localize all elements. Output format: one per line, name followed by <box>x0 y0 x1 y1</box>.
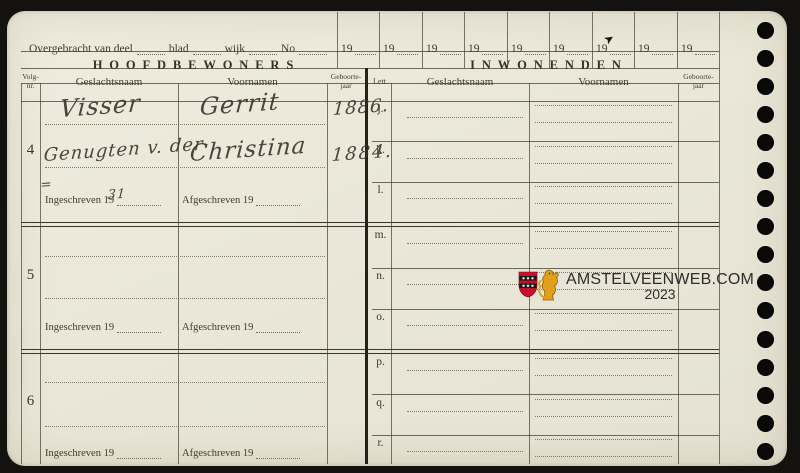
col-geboortejaar-right: Geboorte-jaar <box>678 73 719 90</box>
col-geslachtsnaam-right: Geslachtsnaam <box>391 76 529 88</box>
register-card: Overgebracht van deel blad wijk No 19 19… <box>7 11 787 466</box>
handwritten-surname-1: Visser <box>59 89 142 123</box>
year-cell: 19 <box>341 41 376 55</box>
ingeschreven-row-4: Ingeschreven 19 <box>45 194 169 206</box>
year-cell: 19 <box>681 41 715 55</box>
transfer-dots-wijk <box>249 44 277 55</box>
col-geboortejaar-left: Geboorte-jaar <box>327 73 365 90</box>
binder-hole <box>757 415 774 432</box>
binder-hole <box>757 134 774 151</box>
col-geslachtsnaam-left: Geslachtsnaam <box>40 76 178 88</box>
binder-hole <box>757 331 774 348</box>
col-voornamen-right: Voornamen <box>529 76 678 88</box>
ingeschreven-row-6: Ingeschreven 19 <box>45 447 169 459</box>
section-title-hoofdbewoners: HOOFDBEWONERS <box>21 58 365 73</box>
row-number-6: 6 <box>21 393 40 410</box>
watermark-site: AMSTELVEENWEB.COM <box>566 272 754 287</box>
letter-row-l: l. <box>370 184 391 196</box>
afgeschreven-row-6: Afgeschreven 19 <box>182 447 308 459</box>
transfer-line: Overgebracht van deel blad wijk No <box>29 41 331 55</box>
col-volgnr: Volg-nr. <box>21 73 40 90</box>
transfer-dots-no <box>299 44 327 55</box>
transfer-label-wijk: wijk <box>225 43 245 55</box>
transfer-label-deel: Overgebracht van deel <box>29 43 133 55</box>
binder-hole <box>757 78 774 95</box>
watermark: AMSTELVEENWEB.COM 2023 <box>518 267 754 306</box>
year-cell: 19 <box>383 41 418 55</box>
binder-hole <box>757 50 774 67</box>
section-title-inwonenden: INWONENDEN <box>372 58 719 73</box>
year-cell: 19 <box>638 41 673 55</box>
letter-row-o: o. <box>370 311 391 323</box>
transfer-dots-blad <box>193 44 221 55</box>
col-lett: Lett. <box>370 77 391 86</box>
year-cell: 19 <box>426 41 461 55</box>
col-voornamen-left: Voornamen <box>178 76 327 88</box>
afgeschreven-row-5: Afgeschreven 19 <box>182 321 308 333</box>
handwritten-firstname-1: Gerrit <box>199 87 280 121</box>
handwritten-continuation-mark: = <box>40 177 53 193</box>
handwritten-surname-2: Genugten v. der <box>43 134 204 166</box>
year-cell: 19 <box>468 41 503 55</box>
binder-hole <box>757 274 774 291</box>
binder-hole <box>757 387 774 404</box>
binder-hole <box>757 246 774 263</box>
binder-hole <box>757 359 774 376</box>
binder-hole <box>757 443 774 460</box>
transfer-dots-deel <box>137 44 165 55</box>
handwritten-firstname-2: Christina <box>189 133 307 167</box>
letter-row-n: n. <box>370 270 391 282</box>
row-number-5: 5 <box>21 267 40 284</box>
letter-row-r: r. <box>370 437 391 449</box>
letter-row-p: p. <box>370 356 391 368</box>
watermark-text: AMSTELVEENWEB.COM 2023 <box>566 272 754 302</box>
scanned-register-card-page: Overgebracht van deel blad wijk No 19 19… <box>0 0 800 473</box>
letter-row-m: m. <box>370 229 391 241</box>
letter-row-k: k. <box>370 144 391 156</box>
binder-hole <box>757 162 774 179</box>
binder-hole <box>757 190 774 207</box>
afgeschreven-row-4: Afgeschreven 19 <box>182 194 308 206</box>
coat-of-arms-shield-icon <box>518 271 538 303</box>
letter-row-q: q. <box>370 397 391 409</box>
letter-row-j: j. <box>370 103 391 115</box>
ingeschreven-row-5: Ingeschreven 19 <box>45 321 169 333</box>
binder-hole <box>757 218 774 235</box>
lion-rampant-icon <box>536 267 562 306</box>
watermark-year: 2023 <box>566 287 754 302</box>
row-number-4: 4 <box>21 142 40 159</box>
year-cell: 19 <box>511 41 546 55</box>
binder-hole <box>757 302 774 319</box>
binder-hole <box>757 106 774 123</box>
binder-hole <box>757 22 774 39</box>
transfer-label-no: No <box>281 43 295 55</box>
transfer-label-blad: blad <box>169 43 189 55</box>
year-cell: 19 <box>553 41 588 55</box>
